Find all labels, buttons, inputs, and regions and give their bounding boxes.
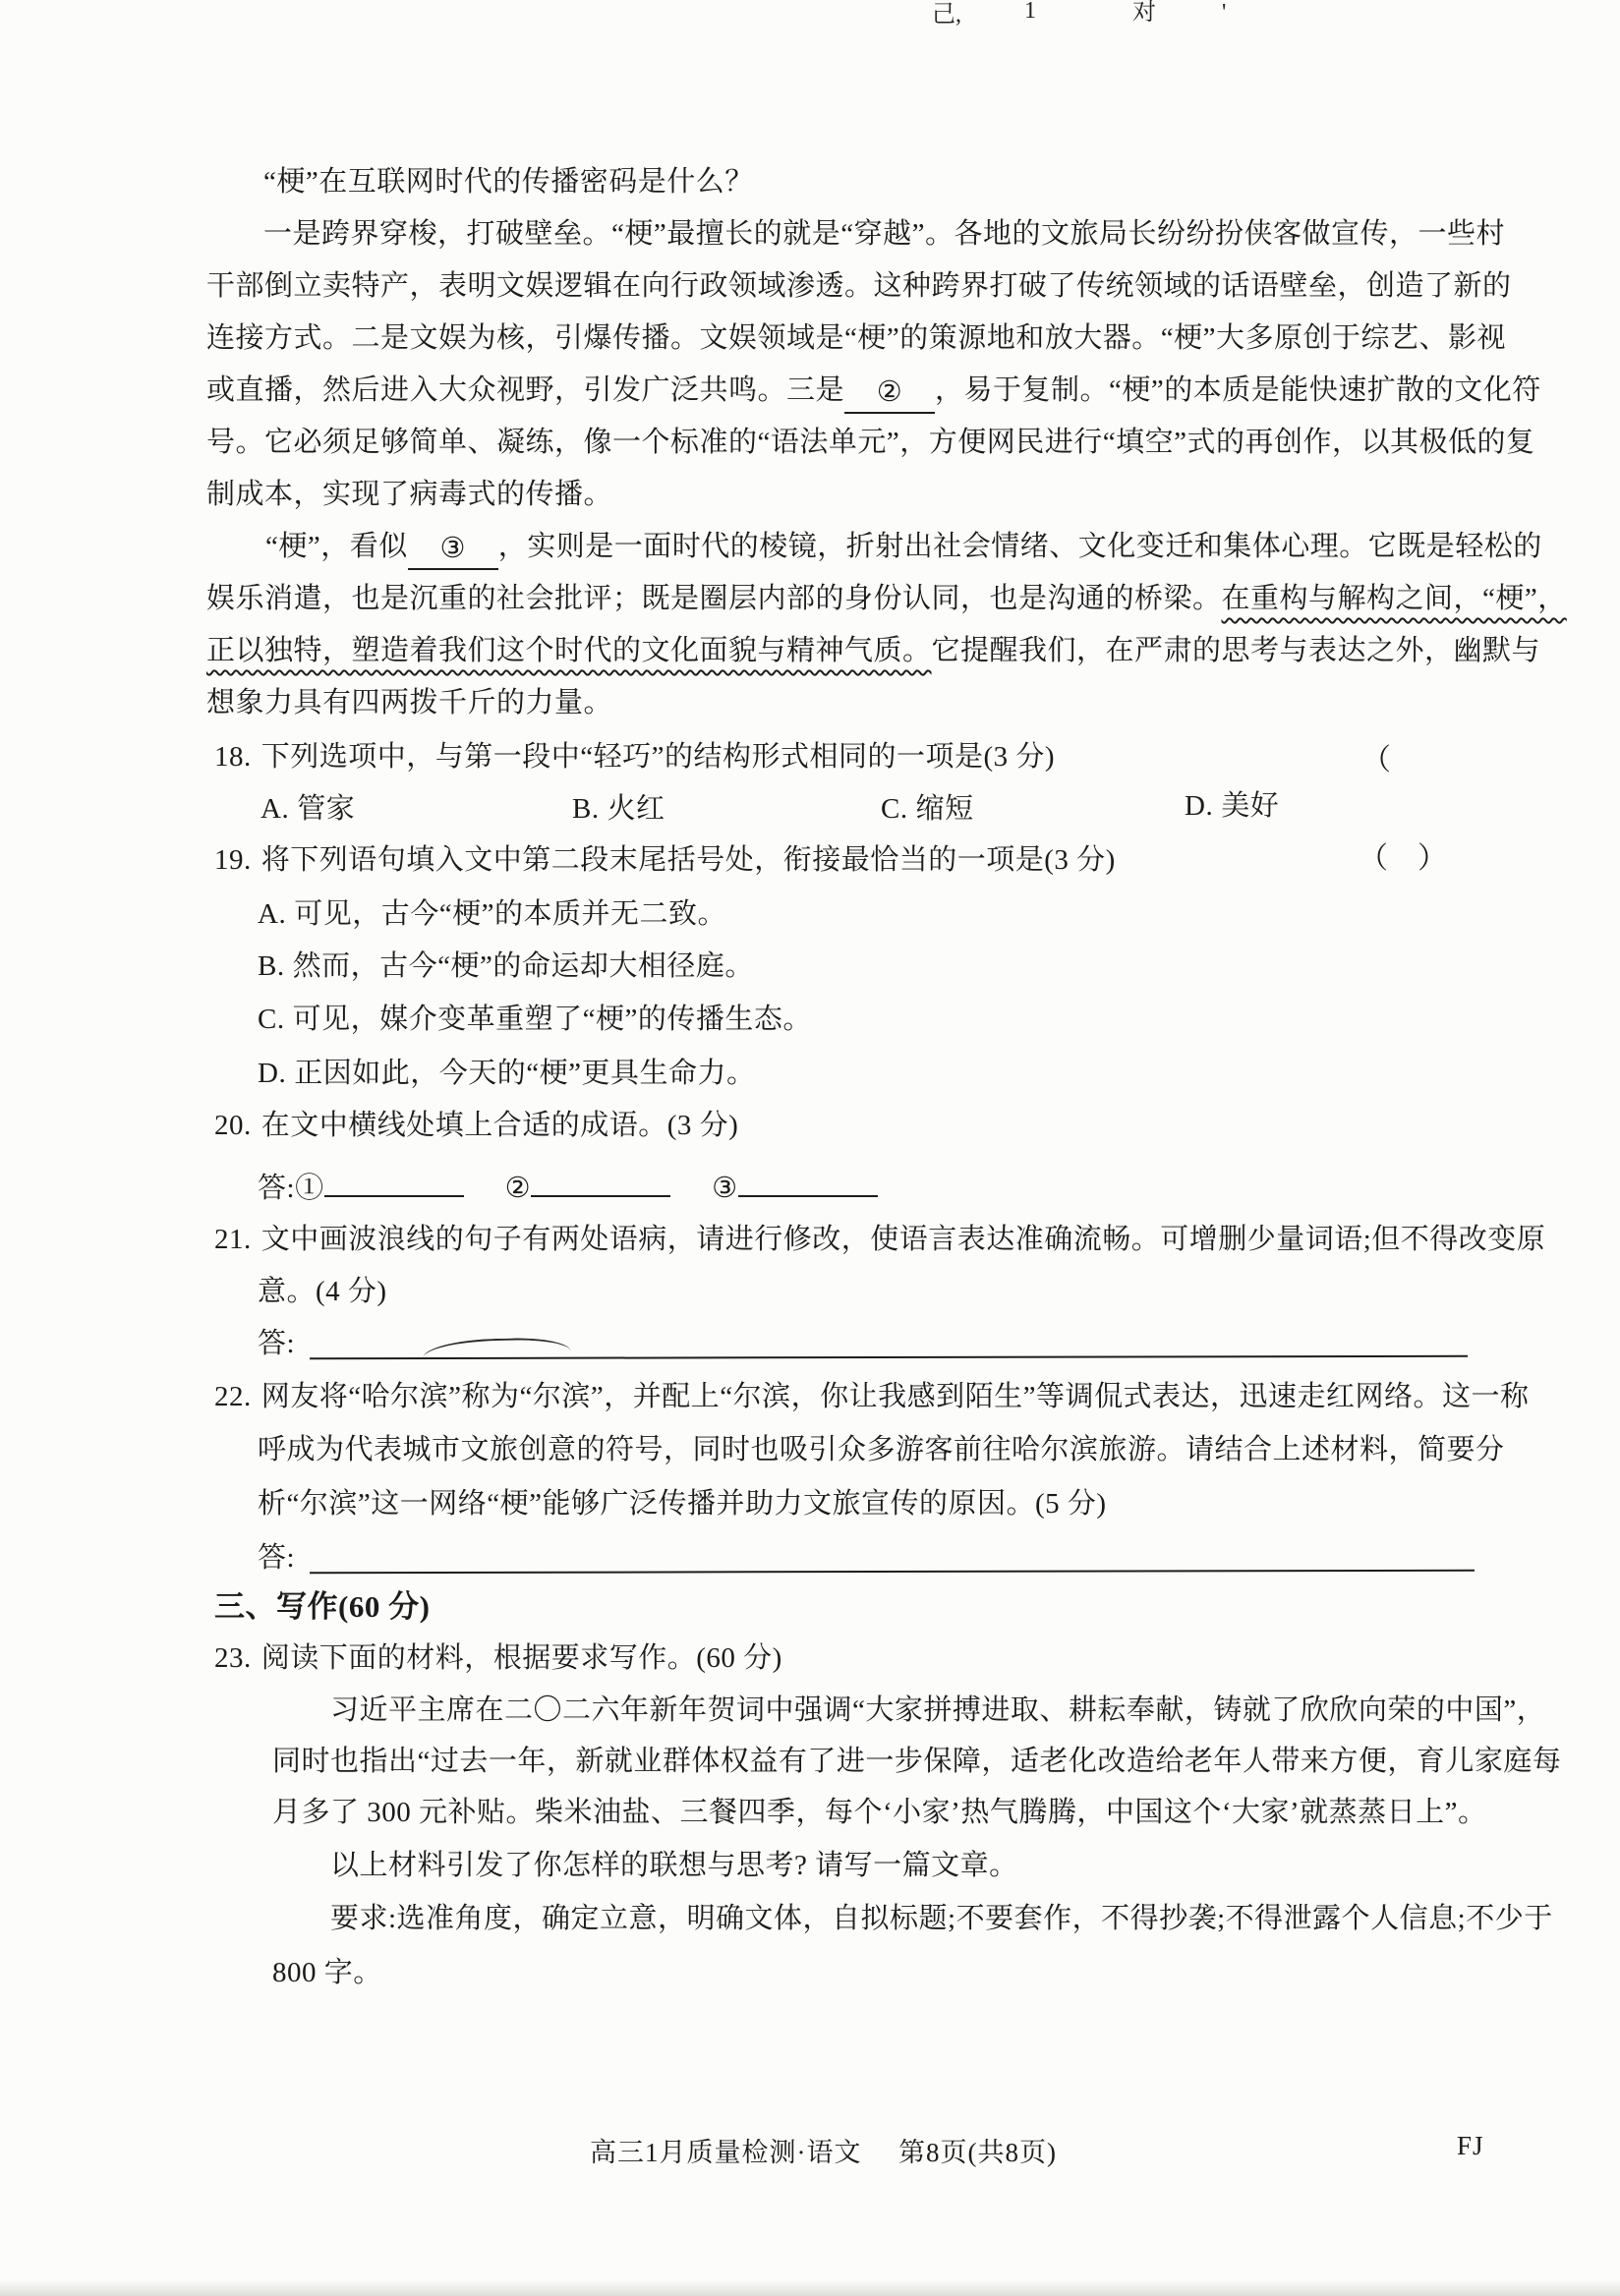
question-22-line-3: 析“尔滨”这一网络“梗”能够广泛传播并助力文旅宣传的原因。(5 分) [258, 1484, 1107, 1523]
question-18-number: 18. [214, 737, 252, 776]
answer-line-22 [310, 1528, 1475, 1574]
answer-line-21 [310, 1314, 1468, 1359]
question-20-text: 在文中横线处填上合适的成语。(3 分) [261, 1110, 739, 1141]
material-line-2: 同时也指出“过去一年，新就业群体权益有了进一步保障，适老化改造给老年人带来方便，… [272, 1742, 1561, 1781]
question-22-line-2: 呼成为代表城市文旅创意的符号，同时也吸引众多游客前往哈尔滨旅游。请结合上述材料，… [258, 1430, 1505, 1469]
passage-line-1: “梗”在互联网时代的传播密码是什么？ [263, 162, 754, 201]
question-19-option-d: D.正因如此，今天的“梗”更具生命力。 [258, 1054, 755, 1093]
option-a-text: 管家 [297, 793, 355, 825]
passage-line-5: 或直播，然后进入大众视野，引发广泛共鸣。三是②，易于复制。“梗”的本质是能快速扩… [206, 371, 1541, 412]
passage-line-2: 一是跨界穿梭，打破壁垒。“梗”最擅长的就是“穿越”。各地的文旅局长纷纷扮侠客做宣… [263, 214, 1505, 254]
scan-artifact: 己, [932, 0, 961, 29]
passage-line-9: 娱乐消遣，也是沉重的社会批评；既是圈层内部的身份认同，也是沟通的桥梁。在重构与解… [206, 579, 1567, 618]
material-line-3: 月多了 300 元补贴。柴米油盐、三餐四季，每个‘小家’热气腾腾，中国这个‘大家… [272, 1793, 1487, 1832]
answer-bracket-18: （ [1361, 735, 1391, 778]
footer-page-number: 第8页(共8页) [898, 2138, 1057, 2167]
passage-line-9-normal: 娱乐消遣，也是沉重的社会批评；既是圈层内部的身份认同，也是沟通的桥梁。 [206, 583, 1222, 614]
question-23: 23.阅读下面的材料，根据要求写作。(60 分) [214, 1638, 782, 1678]
option-d-text: 正因如此，今天的“梗”更具生命力。 [294, 1058, 755, 1089]
material-line-4: 以上材料引发了你怎样的联想与思考? 请写一篇文章。 [330, 1846, 1018, 1885]
fill-blank-2: ② [844, 373, 935, 414]
material-line-6: 800 字。 [272, 1953, 382, 1992]
question-21-text: 文中画波浪线的句子有两处语病，请进行修改，使语言表达准确流畅。可增删少量词语;但… [261, 1224, 1546, 1255]
question-22-answer-row: 答: [258, 1538, 295, 1578]
option-d-label: D. [1185, 786, 1213, 826]
answer-blank-line-3 [738, 1167, 878, 1197]
question-23-number: 23. [214, 1638, 252, 1678]
option-a-label: A. [260, 789, 289, 829]
question-22-number: 22. [214, 1377, 252, 1416]
material-line-5: 要求:选准角度，确定立意，明确文体，自拟标题;不要套作，不得抄袭;不得泄露个人信… [330, 1899, 1553, 1938]
option-c-label: C. [881, 789, 908, 829]
scan-artifact: ' [1222, 0, 1226, 27]
question-18-option-d: D.美好 [1185, 786, 1279, 826]
answer-bracket-19: （ ） [1359, 833, 1447, 877]
circled-2: ② [505, 1173, 532, 1204]
footer-paper-code: FJ [1457, 2131, 1484, 2161]
option-c-label: C. [258, 1000, 285, 1039]
scan-artifact: 对 [1132, 0, 1156, 27]
option-b-text: 火红 [607, 793, 665, 825]
question-22-text-1: 网友将“哈尔滨”称为“尔滨”，并配上“尔滨，你让我感到陌生”等调侃式表达，迅速走… [261, 1381, 1530, 1412]
question-23-text: 阅读下面的材料，根据要求写作。(60 分) [261, 1642, 782, 1674]
question-19-number: 19. [214, 840, 252, 880]
question-19-option-c: C.可见，媒介变革重塑了“梗”的传播生态。 [258, 1000, 812, 1039]
question-20-answer-row: 答:①②③ [258, 1167, 878, 1208]
circled-3: ③ [712, 1173, 738, 1204]
option-a-label: A. [258, 894, 286, 934]
question-21-answer-row: 答: [258, 1324, 295, 1363]
question-21-line-2: 意。(4 分) [258, 1272, 387, 1311]
exam-paper-page: 己, 1 对 ' “梗”在互联网时代的传播密码是什么？ 一是跨界穿梭，打破壁垒。… [0, 0, 1620, 2296]
passage-line-11: 想象力具有四两拨千斤的力量。 [206, 683, 612, 722]
option-b-text: 然而，古今“梗”的命运却大相径庭。 [293, 950, 754, 982]
option-b-label: B. [258, 947, 285, 986]
question-19: 19.将下列语句填入文中第二段末尾括号处，衔接最恰当的一项是(3 分) [214, 840, 1116, 880]
question-18-text: 下列选项中，与第一段中“轻巧”的结构形式相同的一项是(3 分) [261, 741, 1055, 773]
question-19-option-b: B.然而，古今“梗”的命运却大相径庭。 [258, 947, 754, 986]
question-19-text: 将下列语句填入文中第二段末尾括号处，衔接最恰当的一项是(3 分) [261, 844, 1116, 876]
passage-line-3: 干部倒立卖特产，表明文娱逻辑在向行政领域渗透。这种跨界打破了传统领域的话语壁垒，… [206, 266, 1512, 306]
question-20: 20.在文中横线处填上合适的成语。(3 分) [214, 1106, 738, 1145]
answer-blank-line-1 [324, 1167, 464, 1197]
fill-blank-3: ③ [408, 529, 498, 570]
question-19-option-a: A.可见，古今“梗”的本质并无二致。 [258, 894, 726, 934]
page-footer: 高三1月质量检测·语文 第8页(共8页) [590, 2131, 1057, 2169]
passage-line-5-pre: 或直播，然后进入大众视野，引发广泛共鸣。三是 [206, 374, 844, 406]
passage-line-5-post: ，易于复制。“梗”的本质是能快速扩散的文化符 [935, 374, 1541, 406]
option-b-label: B. [572, 789, 600, 829]
wavy-underlined-sentence-part-2: 正以独特，塑造着我们这个时代的文化面貌与精神气质。 [206, 635, 932, 666]
question-21-line-1: 21.文中画波浪线的句子有两处语病，请进行修改，使语言表达准确流畅。可增删少量词… [214, 1220, 1545, 1259]
question-18-option-c: C.缩短 [881, 789, 974, 829]
answer-label: 答: [258, 1173, 295, 1204]
footer-exam-title: 高三1月质量检测·语文 [590, 2138, 862, 2167]
passage-line-10: 正以独特，塑造着我们这个时代的文化面貌与精神气质。它提醒我们，在严肃的思考与表达… [206, 631, 1540, 670]
wavy-underlined-sentence-part-1: 在重构与解构之间，“梗”， [1222, 583, 1567, 614]
passage-line-6: 号。它必须足够简单、凝练，像一个标准的“语法单元”，方便网民进行“填空”式的再创… [206, 423, 1535, 462]
section-3-heading: 三、写作(60 分) [214, 1587, 430, 1627]
answer-blank-line-2 [531, 1167, 670, 1197]
passage-line-10-normal: 它提醒我们，在严肃的思考与表达之外，幽默与 [932, 635, 1541, 666]
option-a-text: 可见，古今“梗”的本质并无二致。 [294, 898, 726, 930]
option-d-text: 美好 [1221, 790, 1279, 822]
question-20-number: 20. [214, 1106, 252, 1145]
option-d-label: D. [258, 1054, 286, 1093]
option-c-text: 缩短 [916, 793, 974, 825]
question-18-option-a: A.管家 [260, 789, 355, 829]
question-22-line-1: 22.网友将“哈尔滨”称为“尔滨”，并配上“尔滨，你让我感到陌生”等调侃式表达，… [214, 1377, 1529, 1416]
passage-line-4: 连接方式。二是文娱为核，引爆传播。文娱领域是“梗”的策源地和放大器。“梗”大多原… [206, 318, 1506, 358]
passage-line-8-pre: “梗”，看似 [265, 531, 408, 562]
passage-line-8: “梗”，看似③，实则是一面时代的棱镜，折射出社会情绪、文化变迁和集体心理。它既是… [265, 527, 1542, 568]
question-21-number: 21. [214, 1220, 252, 1259]
passage-line-7: 制成本，实现了病毒式的传播。 [206, 475, 612, 514]
question-18-option-b: B.火红 [572, 789, 665, 829]
question-18: 18.下列选项中，与第一段中“轻巧”的结构形式相同的一项是(3 分) [214, 737, 1055, 776]
circled-1: ① [295, 1173, 324, 1204]
material-line-1: 习近平主席在二〇二六年新年贺词中强调“大家拼搏进取、耕耘奉献，铸就了欣欣向荣的中… [330, 1691, 1545, 1730]
passage-line-8-post: ，实则是一面时代的棱镜，折射出社会情绪、文化变迁和集体心理。它既是轻松的 [498, 531, 1542, 562]
scan-artifact: 1 [1024, 0, 1036, 25]
option-c-text: 可见，媒介变革重塑了“梗”的传播生态。 [293, 1004, 812, 1035]
scan-bottom-edge [0, 2280, 1620, 2296]
